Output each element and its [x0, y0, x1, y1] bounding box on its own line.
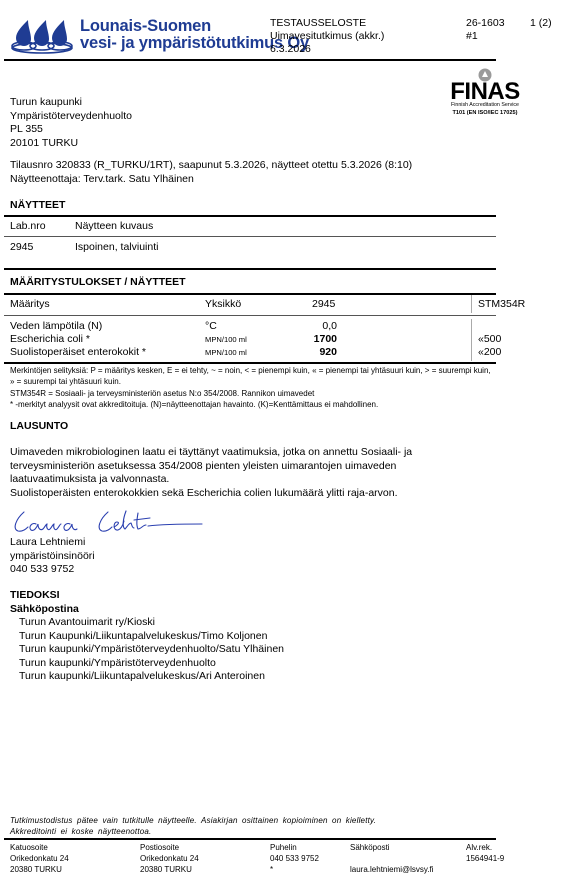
result-unit: °C: [205, 320, 217, 334]
footer-label: Katuosoite: [10, 842, 69, 853]
finas-service: Finnish Accreditation Service: [440, 102, 530, 109]
distribution-recipient: Turun Kaupunki/Liikuntapalvelukeskus/Tim…: [19, 630, 284, 644]
result-unit: MPN/100 ml: [205, 334, 247, 346]
document-info: TESTAUSSELOSTE Uimavesitutkimus (akkr.) …: [270, 17, 384, 56]
footer-value: *: [270, 864, 319, 875]
result-limit: «500: [478, 333, 501, 347]
samples-col-lab: Lab.nro: [10, 220, 46, 234]
sample-description: Ispoinen, talviuinti: [75, 241, 158, 255]
footer-disclaimer: Tutkimustodistus pätee vain tutkitulle n…: [10, 815, 376, 837]
statement-line: Uimaveden mikrobiologinen laatu ei täytt…: [10, 446, 412, 460]
results-col-param: Määritys: [10, 298, 50, 312]
result-limit: «200: [478, 346, 501, 360]
result-parameter: Escherichia coli *: [10, 333, 90, 347]
footer-value: 1564941-9: [466, 853, 504, 864]
footer-value: 040 533 9752: [270, 853, 319, 864]
result-value: 1700: [280, 333, 337, 347]
footer-column: Alv.rek.1564941-9: [466, 842, 504, 875]
result-unit: MPN/100 ml: [205, 347, 247, 359]
header-divider: [4, 59, 496, 61]
water-drops-icon: [10, 18, 76, 54]
report-version: #1: [466, 30, 505, 43]
result-parameter: Suolistoperäiset enterokokit *: [10, 346, 146, 360]
finas-logo: FINAS Finnish Accreditation Service T101…: [440, 68, 530, 118]
distribution-list: Turun Avantouimarit ry/Kioski Turun Kaup…: [10, 616, 284, 684]
recipient-line: Ympäristöterveydenhuolto: [10, 110, 132, 124]
results-col-limit: STM354R: [478, 298, 525, 312]
footer-value[interactable]: laura.lehtniemi@lsvsy.fi: [350, 864, 434, 875]
results-col-sample: 2945: [312, 298, 335, 312]
distribution-title: TIEDOKSI: [10, 589, 284, 603]
statement-line: terveysministeriön asetuksessa 354/2008 …: [10, 460, 412, 474]
notes-legend-1: Merkintöjen selityksiä: P = määritys kes…: [10, 366, 500, 376]
footer-column: Sähköpostilaura.lehtniemi@lsvsy.fi: [350, 842, 434, 875]
distribution-subtitle: Sähköpostina: [10, 603, 284, 617]
notes-legend-2: » = suurempi tai yhtäsuuri kuin.: [10, 376, 500, 388]
footer-column: PostiosoiteOrikedonkatu 2420380 TURKU: [140, 842, 199, 875]
footer-value: Orikedonkatu 24: [10, 853, 69, 864]
signatory-title: ympäristöinsinööri: [10, 550, 95, 564]
footer-value: Orikedonkatu 24: [140, 853, 199, 864]
results-title: MÄÄRITYSTULOKSET / NÄYTTEET: [10, 276, 186, 290]
disclaimer-line-1: Tutkimustodistus pätee vain tutkitulle n…: [10, 815, 376, 826]
sampler-line: Näytteenottaja: Terv.tark. Satu Ylhäinen: [10, 173, 412, 187]
document-date: 6.3.2026: [270, 43, 384, 56]
results-top-rule: [4, 268, 496, 270]
distribution-recipient: Turun Avantouimarit ry/Kioski: [19, 616, 284, 630]
distribution-recipient: Turun kaupunki/Ympäristöterveydenhuolto/…: [19, 643, 284, 657]
footer-value: [466, 864, 504, 875]
document-subject: Uimavesitutkimus (akkr.): [270, 30, 384, 43]
finas-wordmark: FINAS: [440, 82, 530, 102]
samples-top-rule: [4, 215, 496, 217]
results-subheader-rule: [4, 315, 496, 316]
handwritten-signature-icon: [10, 507, 205, 537]
distribution-recipient: Turun kaupunki/Ympäristöterveydenhuolto: [19, 657, 284, 671]
recipient-line: PL 355: [10, 123, 132, 137]
results-bottom-rule: [4, 362, 496, 364]
report-number: 26-1603: [466, 17, 505, 30]
footer-value: 20380 TURKU: [10, 864, 69, 875]
sample-lab-number: 2945: [10, 241, 33, 255]
footer-label: Sähköposti: [350, 842, 434, 853]
footer-rule: [4, 838, 496, 840]
signatory: Laura Lehtniemi ympäristöinsinööri 040 5…: [10, 536, 95, 577]
finas-code: T101 (EN ISO/IEC 17025): [440, 109, 530, 118]
footer-column: KatuosoiteOrikedonkatu 2420380 TURKU: [10, 842, 69, 875]
disclaimer-line-2: Akkreditointi ei koske näytteenottoa.: [10, 826, 376, 837]
notes-accredited: * -merkityt analyysit ovat akkreditoituj…: [10, 400, 500, 410]
order-info: Tilausnro 320833 (R_TURKU/1RT), saapunut…: [10, 159, 412, 186]
recipient-address: Turun kaupunki Ympäristöterveydenhuolto …: [10, 96, 132, 150]
samples-title: NÄYTTEET: [10, 199, 65, 213]
footer-value: 20380 TURKU: [140, 864, 199, 875]
result-value: 920: [280, 346, 337, 360]
distribution: TIEDOKSI Sähköpostina Turun Avantouimari…: [10, 589, 284, 684]
result-parameter: Veden lämpötila (N): [10, 320, 102, 334]
statement-line: laatuvaatimuksista ja valvonnasta.: [10, 473, 412, 487]
samples-col-desc: Näytteen kuvaus: [75, 220, 153, 234]
footer-label: Postiosoite: [140, 842, 199, 853]
distribution-recipient: Turun kaupunki/Liikuntapalvelukeskus/Ari…: [19, 670, 284, 684]
results-header-rule: [4, 293, 496, 295]
statement-title: LAUSUNTO: [10, 420, 68, 434]
recipient-line: Turun kaupunki: [10, 96, 132, 110]
footer-label: Alv.rek.: [466, 842, 504, 853]
notes: Merkintöjen selityksiä: P = määritys kes…: [10, 366, 500, 410]
recipient-line: 20101 TURKU: [10, 137, 132, 151]
signatory-name: Laura Lehtniemi: [10, 536, 95, 550]
statement-line: Suolistoperäisten enterokokkien sekä Esc…: [10, 487, 412, 501]
footer-value: [350, 853, 434, 864]
samples-header-rule: [4, 236, 496, 237]
notes-stm: STM354R = Sosiaali- ja terveysministeriö…: [10, 388, 500, 400]
order-line: Tilausnro 320833 (R_TURKU/1RT), saapunut…: [10, 159, 412, 173]
document-type: TESTAUSSELOSTE: [270, 17, 384, 30]
limit-column-divider: [471, 295, 472, 313]
company-logo: [10, 18, 76, 54]
result-value: 0,0: [280, 320, 337, 334]
page-number: 1 (2): [530, 17, 552, 30]
report-id: 26-1603 #1: [466, 17, 505, 43]
results-col-unit: Yksikkö: [205, 298, 241, 312]
limit-column-divider-body: [471, 319, 472, 361]
footer-column: Puhelin040 533 9752*: [270, 842, 319, 875]
footer-label: Puhelin: [270, 842, 319, 853]
statement-text: Uimaveden mikrobiologinen laatu ei täytt…: [10, 446, 412, 500]
signatory-phone: 040 533 9752: [10, 563, 95, 577]
